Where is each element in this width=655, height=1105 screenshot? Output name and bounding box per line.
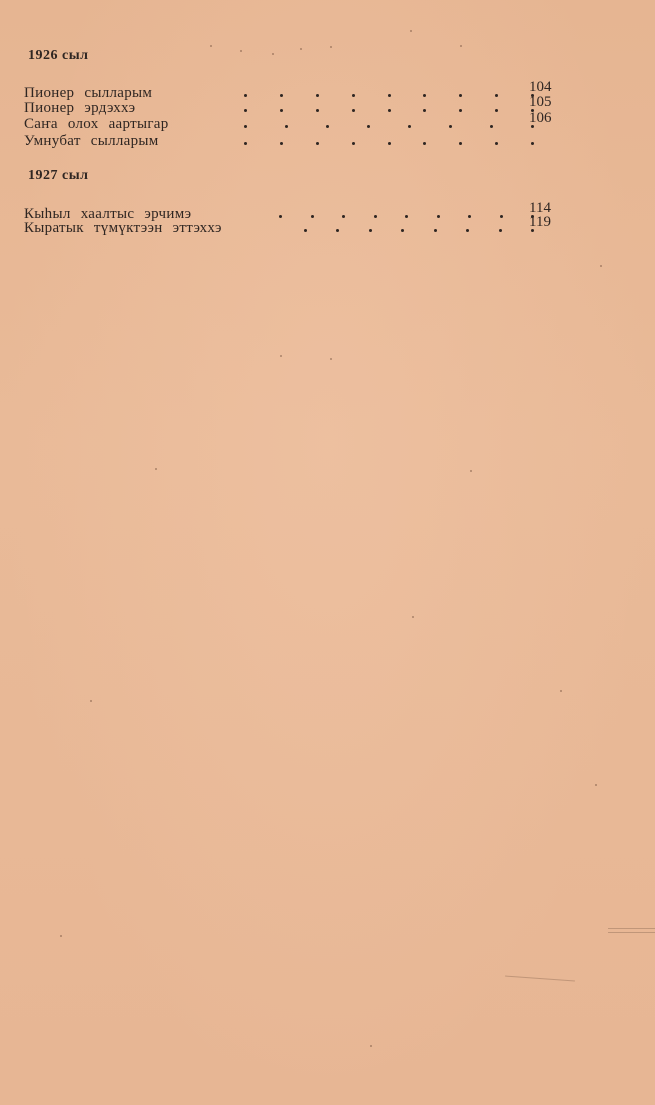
paper-speck bbox=[300, 48, 302, 50]
toc-entry[interactable]: Саҥа олох аартыгар 106 bbox=[24, 115, 564, 133]
toc-entry-title: Саҥа олох аартыгар bbox=[24, 115, 169, 133]
paper-speck bbox=[410, 30, 412, 32]
dot-leader bbox=[279, 205, 534, 218]
paper-speck bbox=[210, 45, 212, 47]
paper-speck bbox=[90, 700, 92, 702]
paper-speck bbox=[60, 935, 62, 937]
paper-speck bbox=[240, 50, 242, 52]
paper-speck bbox=[460, 45, 462, 47]
paper-crease bbox=[608, 932, 655, 933]
paper-speck bbox=[155, 468, 157, 470]
paper-speck bbox=[330, 358, 332, 360]
toc-entry[interactable]: Кыратык түмүктээн эттэххэ 119 bbox=[24, 219, 564, 237]
toc-entry-page: 119 bbox=[529, 213, 551, 231]
paper-speck bbox=[272, 53, 274, 55]
paper-speck bbox=[600, 265, 602, 267]
dot-leader bbox=[244, 132, 534, 145]
paper-crease bbox=[608, 928, 655, 929]
toc-entry-title: Умнубат сылларым bbox=[24, 132, 159, 150]
toc-entry[interactable]: Умнубат сылларым bbox=[24, 132, 564, 150]
toc-entry-title: Кыратык түмүктээн эттэххэ bbox=[24, 219, 222, 237]
book-page: 1926 сыл Пионер сылларым 104 Пионер эрдэ… bbox=[0, 0, 655, 1105]
paper-crease bbox=[505, 976, 575, 982]
paper-speck bbox=[470, 470, 472, 472]
section-heading-1926: 1926 сыл bbox=[28, 48, 89, 64]
paper-speck bbox=[595, 784, 597, 786]
dot-leader bbox=[244, 115, 534, 128]
toc-entry-page: 106 bbox=[529, 109, 552, 127]
paper-speck bbox=[412, 616, 414, 618]
paper-speck bbox=[280, 355, 282, 357]
dot-leader bbox=[244, 99, 534, 112]
dot-leader bbox=[304, 219, 534, 232]
paper-speck bbox=[370, 1045, 372, 1047]
paper-speck bbox=[560, 690, 562, 692]
paper-speck bbox=[330, 46, 332, 48]
dot-leader bbox=[244, 84, 534, 97]
section-heading-1927: 1927 сыл bbox=[28, 168, 89, 184]
